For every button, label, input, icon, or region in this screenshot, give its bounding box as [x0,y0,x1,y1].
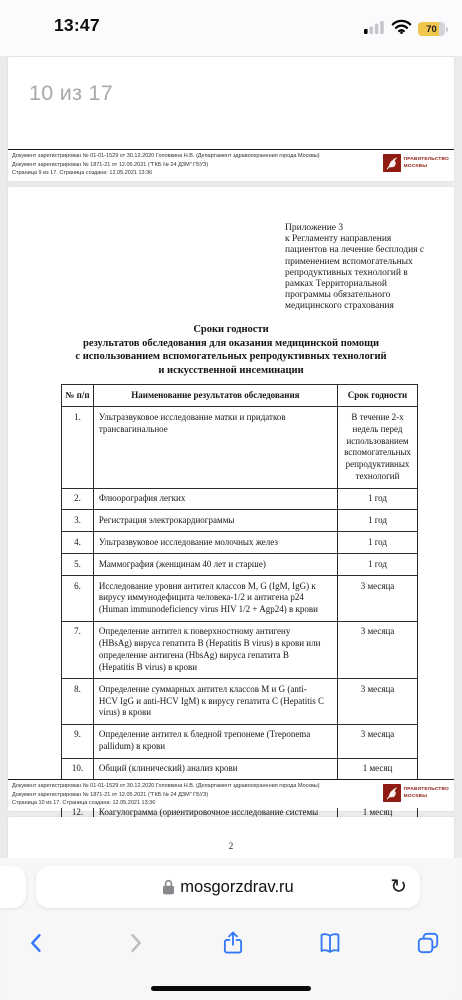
title-line: и искусственной инсеминации [8,364,454,378]
row-validity: 3 месяца [338,576,418,622]
footer-registration-lines: Документ зарегистрирован № 01-01-1529 от… [12,782,320,807]
document-footer: Документ зарегистрирован № 01-01-1529 от… [8,779,454,808]
appendix-line: пациентов на лечение бесплодия с [285,245,424,256]
appendix-line: программы обязательного [285,290,424,301]
row-validity: 3 месяца [338,679,418,725]
row-validity: 3 месяца [338,621,418,679]
appendix-line: применением вспомогательных [285,257,424,268]
title-line: результатов обследования для оказания ме… [8,337,454,351]
header-examination: Наименование результатов обследования [93,385,337,407]
validity-table: № п/п Наименование результатов обследова… [61,384,418,824]
title-line: с использованием вспомогательных репроду… [8,350,454,364]
address-bar[interactable]: mosgorzdrav.ru ↻ [36,866,420,908]
status-time: 13:47 [54,15,100,36]
lock-icon [162,879,175,895]
iphone-screen: 13:47 [0,0,462,1000]
footer-registration-lines: Документ зарегистрирован № 01-01-1529 от… [12,152,320,177]
pdf-page-indicator: 10 из 17 [29,81,113,106]
share-button[interactable] [219,929,247,957]
row-examination: Определение антител к бледной трепонеме … [93,724,337,758]
home-indicator[interactable] [151,986,311,991]
table-row: 7. Определение антител к поверхностному … [62,621,418,679]
title-line: Сроки годности [8,323,454,337]
row-examination: Исследование уровня антител классов M, G… [93,576,337,622]
safari-toolbar [0,918,462,968]
document-title: Сроки годностирезультатов обследования д… [8,323,454,378]
safari-bottom-chrome: mosgorzdrav.ru ↻ [0,858,462,1000]
row-number: 8. [62,679,94,725]
row-validity: 1 месяц [338,758,418,780]
header-validity: Срок годности [338,385,418,407]
row-examination: Общий (клинический) анализ крови [93,758,337,780]
table-row: 5. Маммография (женщинам 40 лет и старше… [62,554,418,576]
appendix-line: медицинского страхования [285,301,424,312]
moscow-coat-of-arms-icon [383,784,401,802]
row-examination: Маммография (женщинам 40 лет и старше) [93,554,337,576]
cellular-signal-icon [364,20,385,39]
forward-button[interactable] [121,929,149,957]
pdf-page-9: 10 из 17 Документ зарегистрирован № 01-0… [8,57,454,181]
table-row: 1. Ультразвуковое исследование матки и п… [62,407,418,488]
appendix-line: к Регламенту направления [285,234,424,245]
row-examination: Регистрация электрокардиограммы [93,510,337,532]
row-number: 2. [62,488,94,510]
back-button[interactable] [23,929,51,957]
moscow-coat-of-arms-icon [383,154,401,172]
battery-icon: 70 [418,22,448,36]
row-validity: 3 месяца [338,724,418,758]
table-row: 6. Исследование уровня антител классов M… [62,576,418,622]
url-text: mosgorzdrav.ru [180,878,293,897]
table-row: 8. Определение суммарных антител классов… [62,679,418,725]
row-number: 4. [62,532,94,554]
header-number: № п/п [62,385,94,407]
row-number: 9. [62,724,94,758]
row-number: 5. [62,554,94,576]
appendix-line: рамках Территориальной [285,279,424,290]
row-examination: Определение антител к поверхностному ант… [93,621,337,679]
row-validity: В течение 2-х недель перед использование… [338,407,418,488]
moscow-government-logo: ПРАВИТЕЛЬСТВО МОСКВЫ [383,152,451,172]
row-examination: Определение суммарных антител классов M … [93,679,337,725]
row-number: 10. [62,758,94,780]
row-validity: 1 год [338,510,418,532]
table-header-row: № п/п Наименование результатов обследова… [62,385,418,407]
row-validity: 1 год [338,488,418,510]
tabs-button[interactable] [414,929,442,957]
row-examination: Ультразвуковое исследование матки и прид… [93,407,337,488]
appendix-line: Приложение 3 [285,223,424,234]
pdf-page-10: Приложение 3к Регламенту направленияпаци… [8,187,454,811]
row-number: 7. [62,621,94,679]
row-number: 6. [62,576,94,622]
printed-page-number: 2 [8,841,454,851]
table-row: 3. Регистрация электрокардиограммы 1 год [62,510,418,532]
appendix-header: Приложение 3к Регламенту направленияпаци… [285,223,424,313]
status-bar: 13:47 [0,0,462,56]
wifi-icon [391,19,412,39]
adjacent-tab-fragment[interactable] [0,866,26,908]
row-number: 3. [62,510,94,532]
row-examination: Ультразвуковое исследование молочных жел… [93,532,337,554]
row-validity: 1 год [338,554,418,576]
table-row: 4. Ультразвуковое исследование молочных … [62,532,418,554]
table-row: 9. Определение антител к бледной трепоне… [62,724,418,758]
battery-percent: 70 [418,22,445,36]
appendix-line: репродуктивных технологий в [285,268,424,279]
row-examination: Флюорография легких [93,488,337,510]
reload-icon[interactable]: ↻ [390,876,407,896]
bookmarks-button[interactable] [316,929,344,957]
document-footer: Документ зарегистрирован № 01-01-1529 от… [8,149,454,178]
table-row: 10. Общий (клинический) анализ крови 1 м… [62,758,418,780]
row-number: 1. [62,407,94,488]
row-validity: 1 год [338,532,418,554]
table-row: 2. Флюорография легких 1 год [62,488,418,510]
status-icons: 70 [364,19,448,39]
moscow-government-logo: ПРАВИТЕЛЬСТВО МОСКВЫ [383,782,451,802]
